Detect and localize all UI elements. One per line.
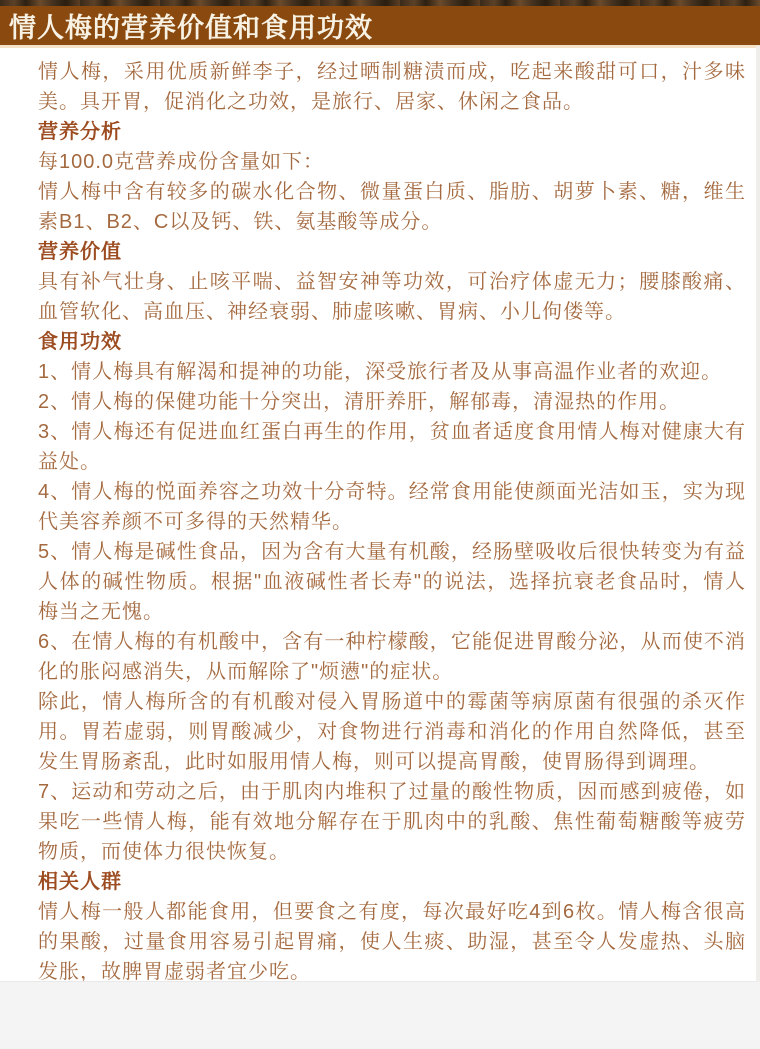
body-paragraph: 情人梅中含有较多的碳水化合物、微量蛋白质、脂肪、胡萝卜素、糖，维生素B1、B2、… — [38, 177, 746, 237]
section-heading: 营养分析 — [38, 117, 746, 147]
right-edge-strip — [756, 46, 760, 982]
article-page: 情人梅的营养价值和食用功效 情人梅，采用优质新鲜李子，经过晒制糖渍而成，吃起来酸… — [0, 0, 760, 1049]
body-paragraph: 3、情人梅还有促进血红蛋白再生的作用，贫血者适度食用情人梅对健康大有益处。 — [38, 417, 746, 477]
body-paragraph: 4、情人梅的悦面养容之功效十分奇特。经常食用能使颜面光洁如玉，实为现代美容养颜不… — [38, 477, 746, 537]
page-title: 情人梅的营养价值和食用功效 — [9, 6, 373, 45]
body-paragraph: 2、情人梅的保健功能十分突出，清肝养肝，解郁毒，清湿热的作用。 — [38, 387, 746, 417]
body-paragraph: 6、在情人梅的有机酸中，含有一种柠檬酸，它能促进胃酸分泌，从而使不消化的胀闷感消… — [38, 627, 746, 687]
body-paragraph: 除此，情人梅所含的有机酸对侵入胃肠道中的霉菌等病原菌有很强的杀灭作用。胃若虚弱，… — [38, 687, 746, 777]
body-paragraph: 每100.0克营养成份含量如下： — [38, 147, 746, 177]
body-paragraph: 情人梅，采用优质新鲜李子，经过晒制糖渍而成，吃起来酸甜可口，汁多味美。具开胃，促… — [38, 57, 746, 117]
body-paragraph: 情人梅一般人都能食用，但要食之有度，每次最好吃4到6枚。情人梅含很高的果酸，过量… — [38, 897, 746, 981]
body-paragraph: 1、情人梅具有解渴和提神的功能，深受旅行者及从事高温作业者的欢迎。 — [38, 357, 746, 387]
section-heading: 营养价值 — [38, 237, 746, 267]
body-paragraph: 5、情人梅是碱性食品，因为含有大量有机酸，经肠壁吸收后很快转变为有益人体的碱性物… — [38, 537, 746, 627]
article-body: 情人梅，采用优质新鲜李子，经过晒制糖渍而成，吃起来酸甜可口，汁多味美。具开胃，促… — [0, 48, 760, 981]
section-heading: 相关人群 — [38, 867, 746, 897]
section-heading: 食用功效 — [38, 327, 746, 357]
footer-strip — [0, 981, 760, 1049]
body-paragraph: 具有补气壮身、止咳平喘、益智安神等功效，可治疗体虚无力；腰膝酸痛、血管软化、高血… — [38, 267, 746, 327]
title-bar: 情人梅的营养价值和食用功效 — [0, 6, 760, 48]
body-paragraph: 7、运动和劳动之后，由于肌肉内堆积了过量的酸性物质，因而感到疲倦，如果吃一些情人… — [38, 777, 746, 867]
